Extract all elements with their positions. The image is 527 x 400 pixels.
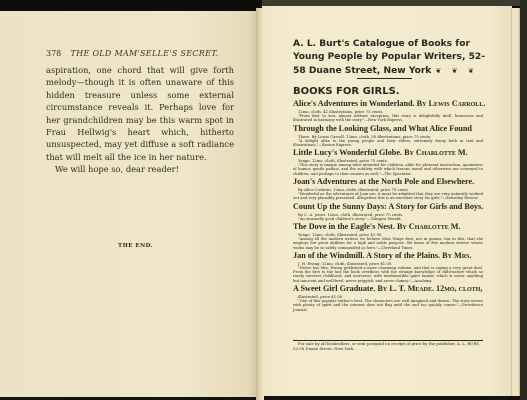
entry-author: By Lewis Carroll. — [417, 99, 486, 108]
page-stack-edge — [511, 8, 520, 396]
book-cover-right — [520, 0, 527, 400]
the-end-mark: THE END. — [118, 243, 153, 249]
page-number: 378 — [46, 49, 68, 58]
catalogue-entry: Alice's Adventures in Wonderland. By Lew… — [293, 99, 483, 123]
publisher-footer: For sale by all booksellers, or sent pos… — [293, 342, 483, 351]
entry-review: "Among all the modern writers we believe… — [293, 237, 483, 250]
entry-review: "Wonderful as the adventures of Joan are… — [293, 192, 483, 201]
entry-review: "A delight alike to the young people and… — [293, 139, 483, 148]
entry-review: "An unusually good children's story."—Gl… — [293, 217, 483, 221]
entry-review: "From first to last, almost without exce… — [293, 114, 483, 123]
entry-review: "Never has Mrs. Ewing published a more c… — [293, 266, 483, 283]
entry-title: Count Up the Sunny Days: A Story for Gir… — [293, 202, 483, 211]
left-running-header: 378 THE OLD MAM'SELLE'S SECRET. — [46, 49, 231, 58]
catalogue-entry: Little Lucy's Wonderful Globe. By Charlo… — [293, 148, 483, 176]
entry-title: Alice's Adventures in Wonderland. — [293, 99, 415, 108]
book-gutter — [256, 8, 264, 400]
entry-author: By Charlotte M. — [404, 148, 468, 157]
catalogue-entry: Jan of the Windmill. A Story of the Plai… — [293, 251, 483, 283]
entry-title: Through the Looking Glass, and What Alic… — [293, 124, 472, 133]
paragraph: aspiration, one chord that will give for… — [46, 64, 234, 163]
leaf-ornament-icon: ❦ ❦ ❦ — [435, 67, 477, 75]
left-body-text: aspiration, one chord that will give for… — [46, 64, 234, 176]
entry-title: A Sweet Girl Graduate. — [293, 284, 375, 293]
catalogue-entry: Through the Looking Glass, and What Alic… — [293, 124, 483, 148]
catalogue-entry: A Sweet Girl Graduate. By L. T. Meade. 1… — [293, 284, 483, 312]
catalogue-entry: Count Up the Sunny Days: A Story for Gir… — [293, 202, 483, 221]
catalogue-entry: The Dove in the Eagle's Nest. By Charlot… — [293, 222, 483, 250]
entry-review: "This story is unique among tales intend… — [293, 163, 483, 176]
entry-title: The Dove in the Eagle's Nest. — [293, 222, 395, 231]
entry-author: By Mrs. — [442, 251, 471, 260]
entry-title: Joan's Adventures at the North Pole and … — [293, 177, 474, 186]
entry-review: "One of this popular author's best. The … — [293, 299, 483, 312]
entry-title: Little Lucy's Wonderful Globe. — [293, 148, 402, 157]
catalogue-list: Alice's Adventures in Wonderland. By Lew… — [293, 99, 483, 313]
section-heading: BOOKS FOR GIRLS. — [293, 86, 400, 97]
running-title: THE OLD MAM'SELLE'S SECRET. — [71, 49, 219, 58]
catalogue-entry: Joan's Adventures at the North Pole and … — [293, 177, 483, 201]
paragraph: We will hope so, dear reader! — [46, 163, 234, 175]
entry-title: Jan of the Windmill. A Story of the Plai… — [293, 251, 440, 260]
entry-author: By Charlotte M. — [397, 222, 461, 231]
title-rule — [357, 78, 412, 79]
entry-author: By L. T. Meade. 12mo, cloth, — [377, 284, 482, 293]
catalogue-title: A. L. Burt's Catalogue of Books for Youn… — [293, 38, 485, 78]
